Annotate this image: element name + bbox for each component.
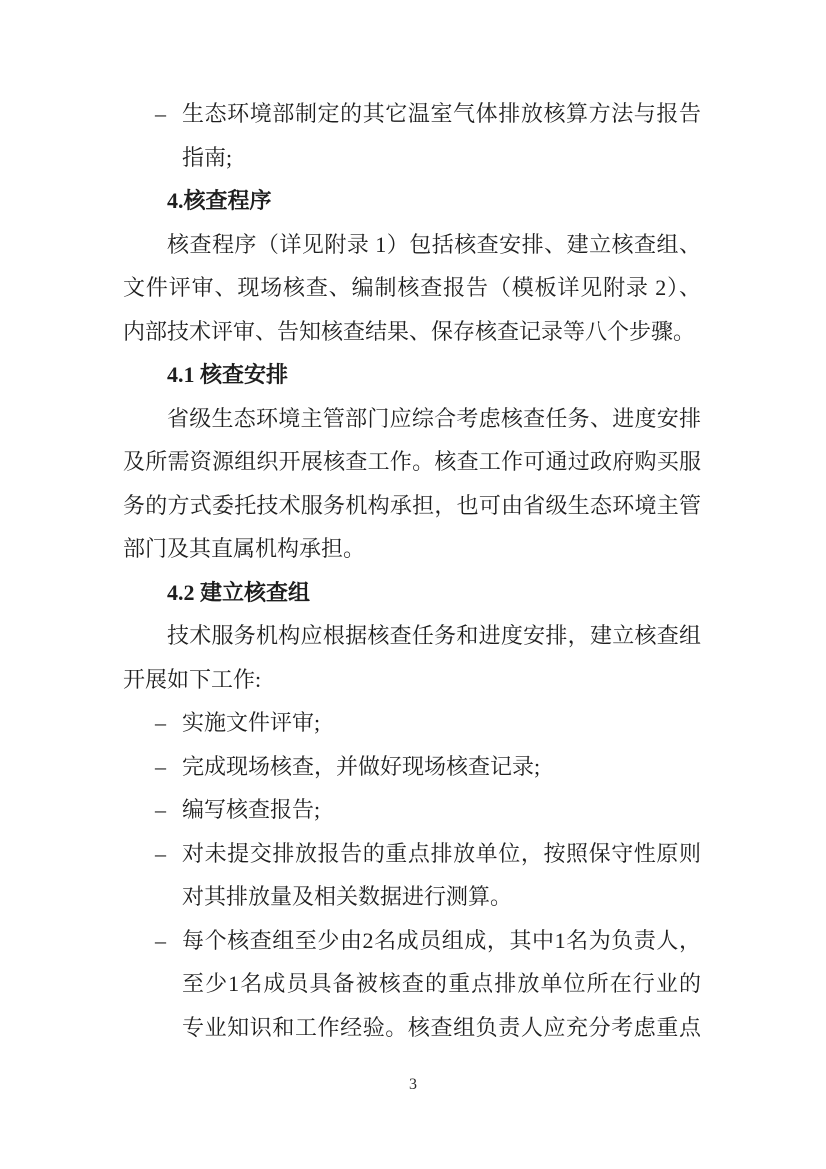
text-line: 开展如下工作: <box>123 658 701 702</box>
text-line: 对未提交排放报告的重点排放单位，按照保守性原则 <box>182 832 701 876</box>
section-heading: 4.核查程序 <box>123 179 701 223</box>
list-dash-marker: – <box>155 701 166 745</box>
text-line: 实施文件评审; <box>182 701 701 745</box>
text-line: 核查程序（详见附录 1）包括核查安排、建立核查组、 <box>123 223 701 267</box>
text-line: 至少1名成员具备被核查的重点排放单位所在行业的 <box>182 962 701 1006</box>
text-line: 部门及其直属机构承担。 <box>123 527 701 571</box>
list-item: –完成现场核查，并做好现场核查记录; <box>123 745 701 789</box>
text-line: 文件评审、现场核查、编制核查报告（模板详见附录 2）、 <box>123 266 701 310</box>
text-line: 及所需资源组织开展核查工作。核查工作可通过政府购买服 <box>123 440 701 484</box>
document-page: –生态环境部制定的其它温室气体排放核算方法与报告指南;4.核查程序核查程序（详见… <box>0 0 826 1169</box>
text-line: 省级生态环境主管部门应综合考虑核查任务、进度安排 <box>123 397 701 441</box>
text-line: 每个核查组至少由2名成员组成，其中1名为负责人， <box>182 919 701 963</box>
section-heading: 4.2 建立核查组 <box>123 571 701 615</box>
list-item: –对未提交排放报告的重点排放单位，按照保守性原则对其排放量及相关数据进行测算。 <box>123 832 701 919</box>
text-line: 技术服务机构应根据核查任务和进度安排，建立核查组 <box>123 614 701 658</box>
text-line: 生态环境部制定的其它温室气体排放核算方法与报告 <box>182 92 701 136</box>
paragraph: 省级生态环境主管部门应综合考虑核查任务、进度安排及所需资源组织开展核查工作。核查… <box>123 397 701 571</box>
text-line: 内部技术评审、告知核查结果、保存核查记录等八个步骤。 <box>123 310 701 354</box>
text-line: 专业知识和工作经验。核查组负责人应充分考虑重点 <box>182 1006 701 1050</box>
document-content: –生态环境部制定的其它温室气体排放核算方法与报告指南;4.核查程序核查程序（详见… <box>123 92 701 1049</box>
list-dash-marker: – <box>155 832 166 876</box>
list-dash-marker: – <box>155 745 166 789</box>
list-item: –实施文件评审; <box>123 701 701 745</box>
text-line: 编写核查报告; <box>182 788 701 832</box>
text-line: 指南; <box>182 136 701 180</box>
list-item: –编写核查报告; <box>123 788 701 832</box>
list-dash-marker: – <box>155 92 166 136</box>
list-dash-marker: – <box>155 919 166 963</box>
list-item: –生态环境部制定的其它温室气体排放核算方法与报告指南; <box>123 92 701 179</box>
list-dash-marker: – <box>155 788 166 832</box>
paragraph: 核查程序（详见附录 1）包括核查安排、建立核查组、文件评审、现场核查、编制核查报… <box>123 223 701 354</box>
page-number: 3 <box>0 1076 826 1094</box>
text-line: 务的方式委托技术服务机构承担，也可由省级生态环境主管 <box>123 484 701 528</box>
list-item: –每个核查组至少由2名成员组成，其中1名为负责人，至少1名成员具备被核查的重点排… <box>123 919 701 1050</box>
paragraph: 技术服务机构应根据核查任务和进度安排，建立核查组开展如下工作: <box>123 614 701 701</box>
text-line: 完成现场核查，并做好现场核查记录; <box>182 745 701 789</box>
section-heading: 4.1 核查安排 <box>123 353 701 397</box>
text-line: 对其排放量及相关数据进行测算。 <box>182 875 701 919</box>
